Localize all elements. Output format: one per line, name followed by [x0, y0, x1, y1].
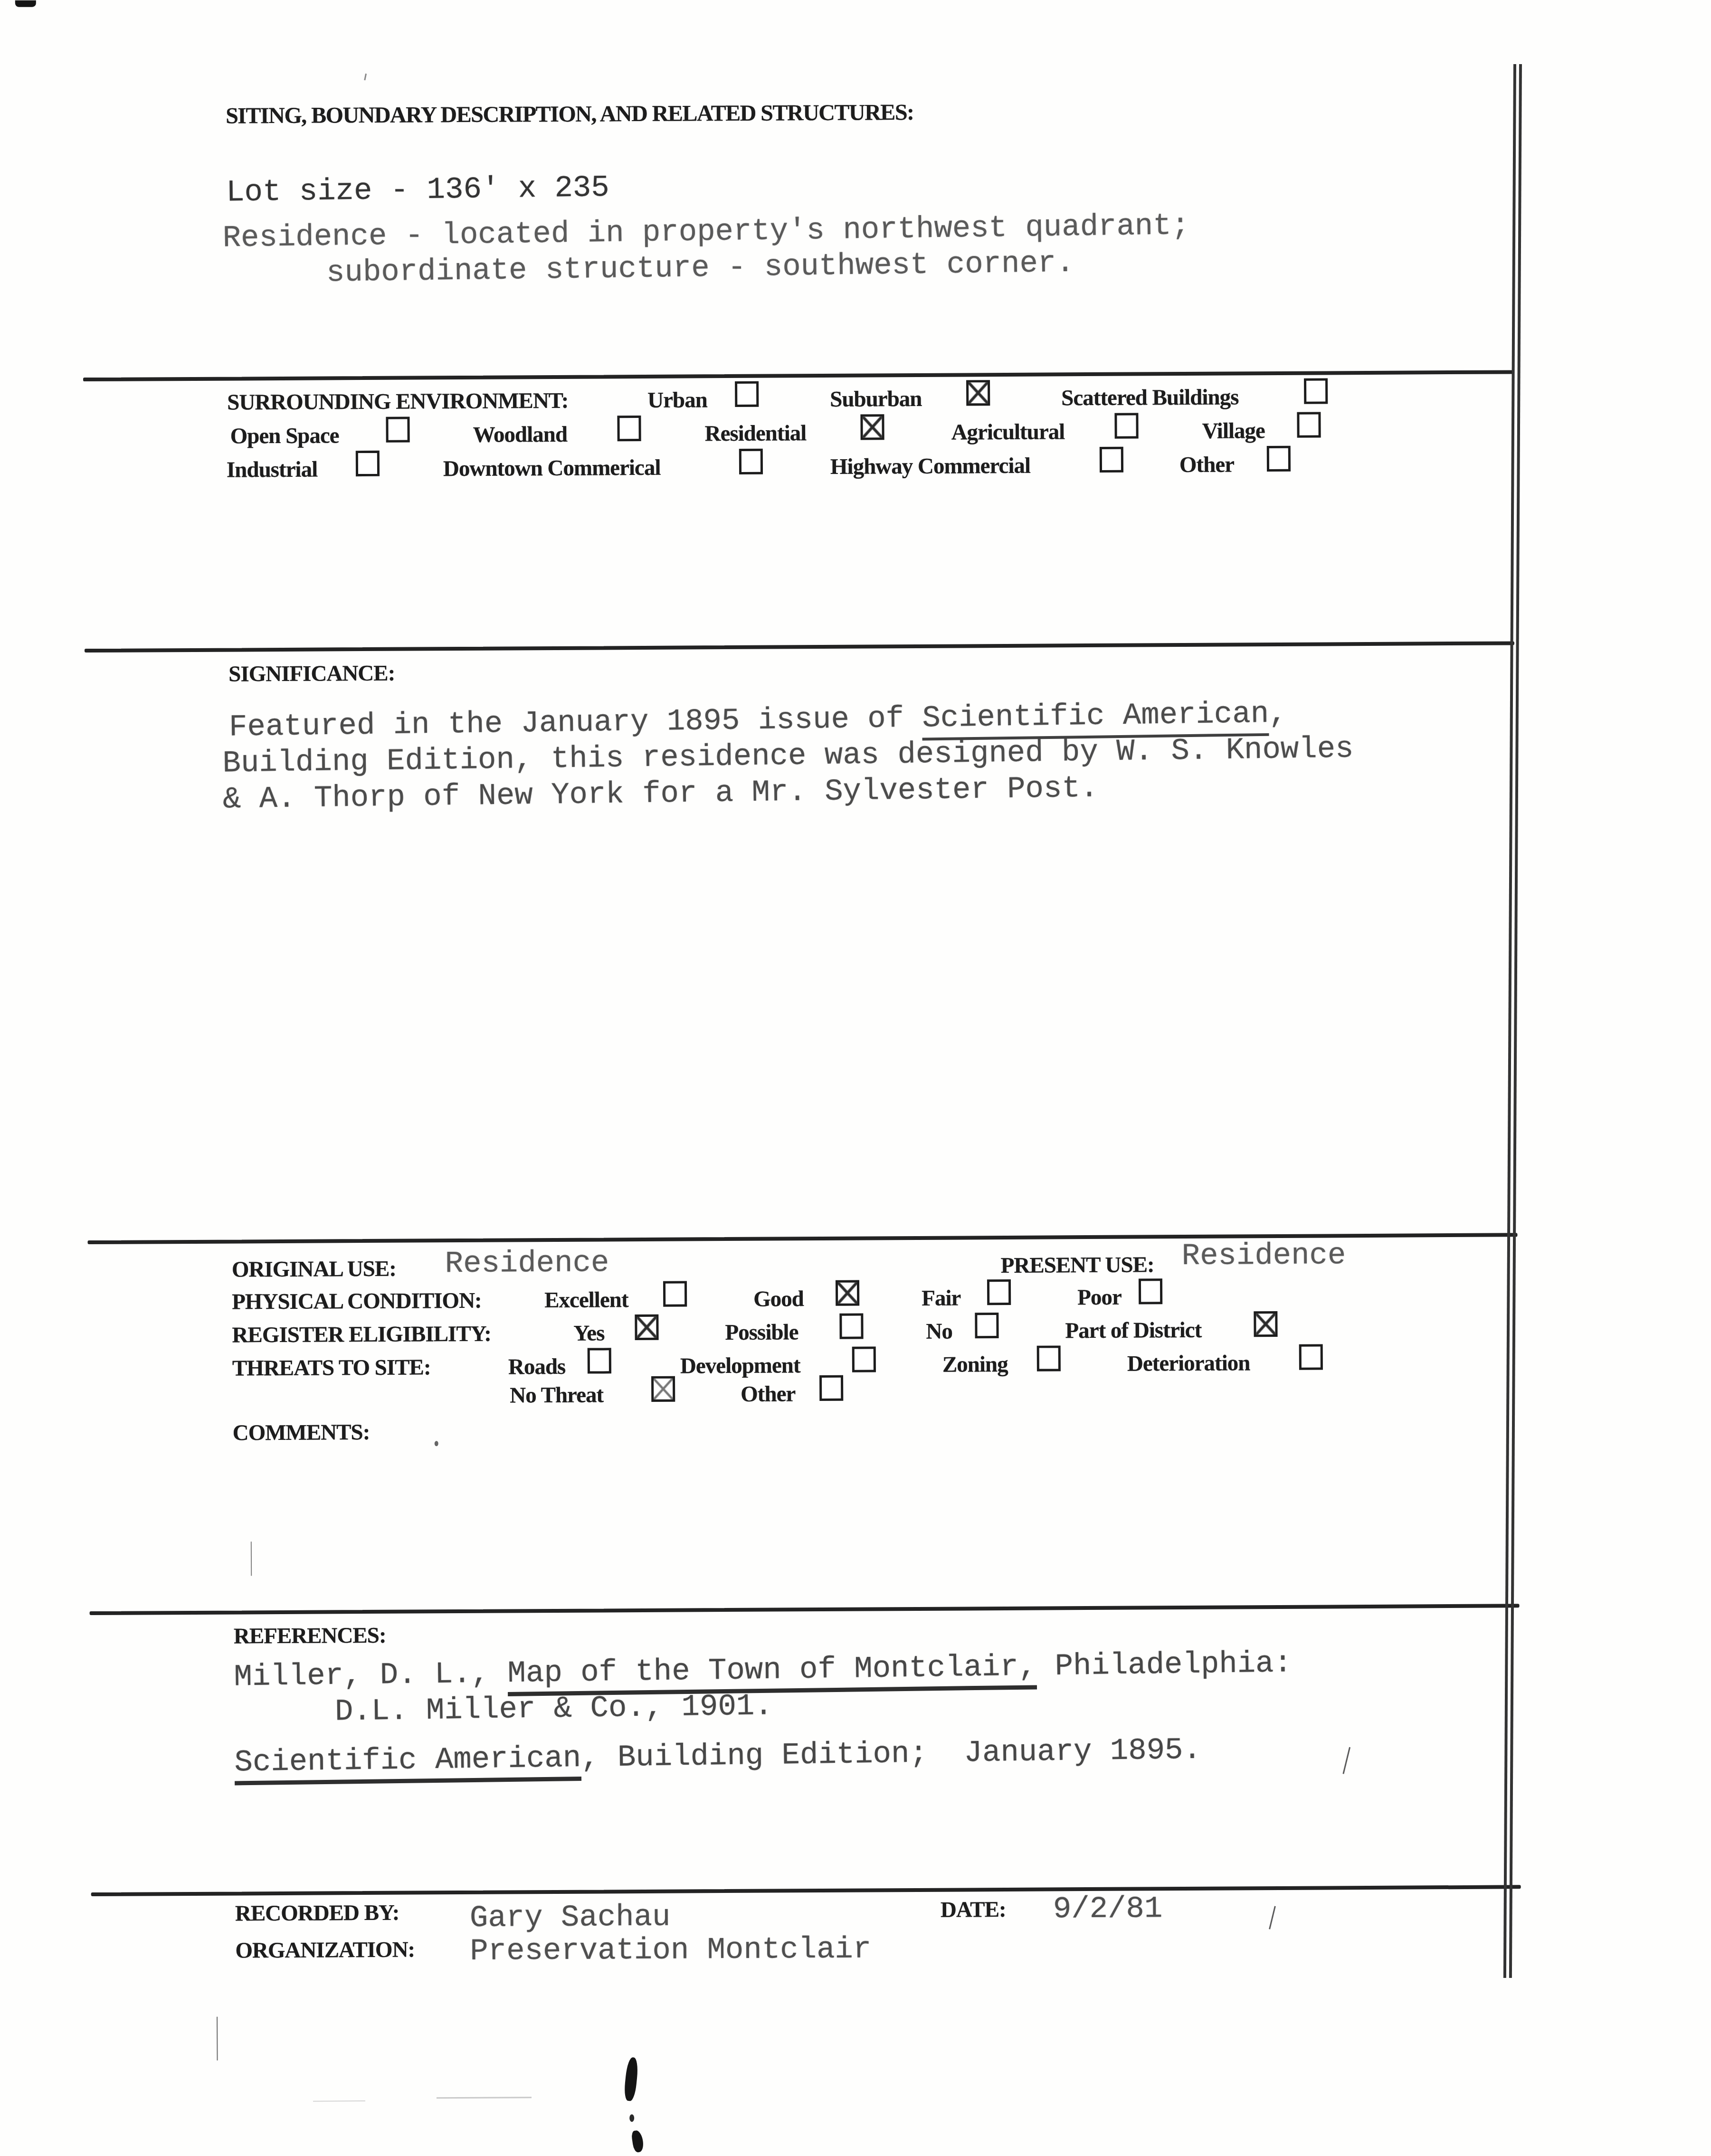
reference-2-underlined-title: Scientific American: [234, 1741, 581, 1786]
env-option-open-space-label: Open Space: [230, 423, 339, 449]
date-label: DATE:: [941, 1897, 1006, 1923]
lot-size-line: Lot size - 136' x 235: [226, 171, 609, 210]
env-option-village-label: Village: [1202, 418, 1265, 444]
threat-no-threat-label: No Threat: [510, 1382, 603, 1409]
threat-no-threat-checkbox: [651, 1376, 675, 1402]
significance-text: ,: [1269, 697, 1287, 731]
reference-1-line-1: Miller, D. L., Map of the Town of Montcl…: [234, 1646, 1292, 1694]
ink-blob: [623, 2057, 639, 2101]
stray-pen-mark: [1342, 1747, 1350, 1774]
threat-development-checkbox: [852, 1346, 876, 1372]
date-value: 9/2/81: [1053, 1892, 1163, 1927]
scan-hairline: [217, 2017, 218, 2061]
condition-good-label: Good: [753, 1286, 804, 1313]
env-option-agricultural-label: Agricultural: [951, 419, 1065, 445]
register-no-checkbox: [975, 1313, 998, 1338]
siting-section-heading: SITING, BOUNDARY DESCRIPTION, AND RELATE…: [226, 99, 914, 129]
env-option-other-checkbox: [1267, 446, 1291, 472]
condition-excellent-checkbox: [663, 1281, 687, 1307]
threat-other-label: Other: [741, 1381, 795, 1408]
env-option-residential-checkbox: [860, 414, 884, 440]
organization-label: ORGANIZATION:: [235, 1937, 415, 1964]
threat-zoning-checkbox: [1037, 1345, 1061, 1371]
condition-poor-checkbox: [1139, 1278, 1162, 1304]
ink-speck: [15, 0, 36, 7]
env-option-agricultural-checkbox: [1114, 413, 1138, 439]
original-use-value: Residence: [445, 1246, 609, 1281]
significance-section-heading: SIGNIFICANCE:: [228, 661, 395, 688]
ink-speck: [629, 2114, 634, 2122]
environment-section-heading: SURROUNDING ENVIRONMENT:: [227, 388, 568, 416]
significance-text: Featured in the January 1895 issue of: [229, 701, 922, 745]
condition-poor-label: Poor: [1077, 1285, 1122, 1311]
stray-pen-mark: [1269, 1906, 1276, 1929]
env-option-urban-checkbox: [735, 381, 759, 407]
reference-2-detail: , Building Edition; January 1895.: [581, 1733, 1202, 1776]
env-option-open-space-checkbox: [386, 417, 409, 443]
reference-2-line: Scientific American, Building Edition; J…: [234, 1733, 1201, 1780]
section-divider: [91, 1885, 1521, 1896]
register-part-of-district-label: Part of District: [1065, 1317, 1201, 1344]
env-option-downtown-commerical-label: Downtown Commerical: [443, 455, 661, 482]
ink-blob: [631, 2130, 644, 2153]
threats-to-site-label: THREATS TO SITE:: [232, 1354, 431, 1381]
threat-deterioration-checkbox: [1299, 1344, 1323, 1370]
env-option-scattered-buildings-checkbox: [1304, 378, 1328, 404]
scan-smudge: [437, 2097, 532, 2099]
scanned-survey-form-page: SITING, BOUNDARY DESCRIPTION, AND RELATE…: [0, 0, 1711, 2156]
env-option-suburban-checkbox: [966, 380, 990, 406]
threat-other-checkbox: [819, 1375, 843, 1401]
reference-1-publisher: Philadelphia:: [1036, 1646, 1293, 1684]
register-eligibility-label: REGISTER ELIGIBILITY:: [232, 1321, 491, 1349]
recorded-by-label: RECORDED BY:: [235, 1900, 399, 1927]
env-option-village-checkbox: [1297, 412, 1321, 437]
threat-roads-checkbox: [588, 1348, 611, 1373]
env-option-industrial-checkbox: [356, 451, 380, 476]
threat-roads-label: Roads: [508, 1354, 566, 1381]
condition-fair-checkbox: [987, 1279, 1011, 1305]
register-yes-checkbox: [635, 1314, 658, 1340]
condition-excellent-label: Excellent: [544, 1287, 628, 1314]
organization-value: Preservation Montclair: [470, 1932, 871, 1968]
section-divider: [83, 370, 1513, 381]
env-option-woodland-checkbox: [617, 416, 641, 441]
reference-1-line-2: D.L. Miller & Co., 1901.: [335, 1689, 773, 1729]
threat-zoning-label: Zoning: [942, 1352, 1008, 1378]
env-option-residential-label: Residential: [704, 420, 806, 447]
threat-development-label: Development: [680, 1352, 800, 1379]
register-possible-label: Possible: [725, 1319, 798, 1346]
recorded-by-value: Gary Sachau: [470, 1901, 671, 1936]
env-option-industrial-label: Industrial: [227, 457, 317, 483]
env-option-woodland-label: Woodland: [473, 422, 567, 448]
present-use-label: PRESENT USE:: [1001, 1252, 1154, 1279]
section-divider: [85, 641, 1514, 652]
physical-condition-label: PHYSICAL CONDITION:: [232, 1288, 482, 1315]
scan-hairline: [251, 1541, 252, 1576]
section-divider: [90, 1604, 1520, 1615]
register-part-of-district-checkbox: [1254, 1311, 1277, 1337]
subordinate-structure-line: subordinate structure - southwest corner…: [326, 246, 1074, 291]
ink-speck: [435, 1441, 438, 1446]
threat-deterioration-label: Deterioration: [1127, 1350, 1250, 1377]
env-option-suburban-label: Suburban: [830, 386, 922, 413]
env-option-other-label: Other: [1179, 452, 1234, 478]
env-option-highway-commercial-checkbox: [1100, 447, 1123, 473]
reference-1-author: Miller, D. L.,: [234, 1657, 508, 1695]
register-possible-checkbox: [839, 1314, 863, 1339]
env-option-scattered-buildings-label: Scattered Buildings: [1061, 384, 1238, 411]
references-section-heading: REFERENCES:: [234, 1623, 386, 1650]
condition-fair-label: Fair: [922, 1285, 960, 1311]
form-sheet: SITING, BOUNDARY DESCRIPTION, AND RELATE…: [0, 0, 1711, 2156]
original-use-label: ORIGINAL USE:: [232, 1256, 396, 1283]
comments-label: COMMENTS:: [232, 1419, 370, 1447]
env-option-downtown-commerical-checkbox: [739, 449, 763, 474]
env-option-highway-commercial-label: Highway Commercial: [830, 453, 1030, 480]
register-no-label: No: [926, 1319, 952, 1345]
register-yes-label: Yes: [573, 1320, 604, 1346]
env-option-urban-label: Urban: [647, 387, 707, 414]
ink-speck: [364, 74, 367, 80]
scan-smudge: [313, 2100, 365, 2102]
condition-good-checkbox: [836, 1280, 859, 1306]
present-use-value: Residence: [1182, 1239, 1346, 1274]
